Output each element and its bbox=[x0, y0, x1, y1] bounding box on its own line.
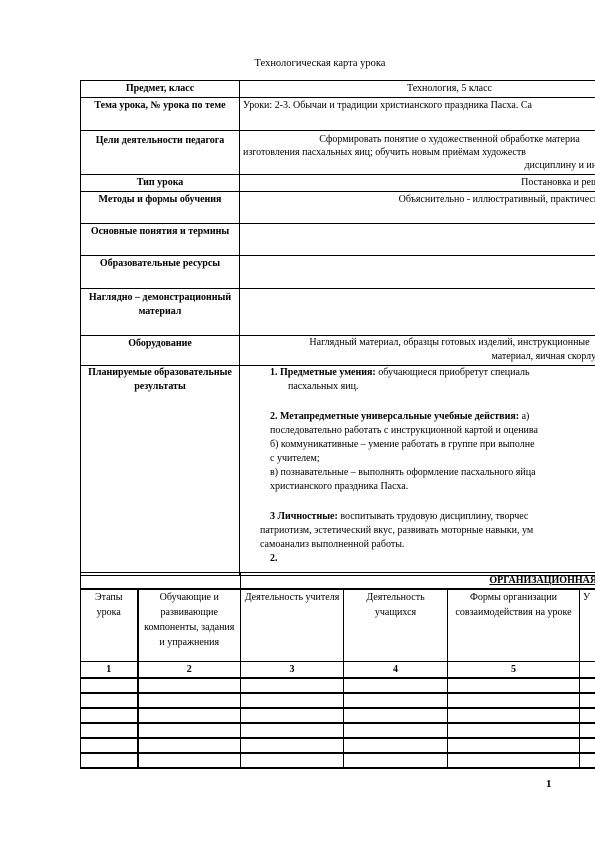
document-title: Технологическая карта урока bbox=[0, 58, 595, 69]
result-subject-text: обучающиеся приобретут специаль bbox=[376, 367, 530, 378]
label-terms: Основные понятия и термины bbox=[81, 224, 240, 256]
table-cell bbox=[138, 723, 241, 738]
table-cell bbox=[580, 708, 595, 723]
label-methods: Методы и формы обучения bbox=[81, 192, 240, 224]
lesson-info-table: Предмет, класс Технология, 5 класс Тема … bbox=[80, 80, 595, 576]
table-cell bbox=[580, 678, 595, 693]
value-resources bbox=[240, 256, 595, 289]
table-cell bbox=[81, 753, 138, 768]
table-cell bbox=[344, 723, 448, 738]
table-cell bbox=[81, 738, 138, 753]
col-header-stages: Этапы урока bbox=[81, 589, 138, 661]
label-lesson-type: Тип урока bbox=[81, 175, 240, 192]
goals-line-3: дисциплину и интерес к предм bbox=[243, 159, 595, 172]
structure-banner-row: ОРГАНИЗАЦИОННАЯ СТРУКТУРА bbox=[81, 573, 595, 590]
col-number-3: 3 bbox=[241, 661, 344, 678]
table-cell bbox=[580, 738, 595, 753]
col-number-5: 5 bbox=[448, 661, 580, 678]
table-cell bbox=[241, 753, 344, 768]
table-row bbox=[81, 678, 595, 693]
info-row-lesson-type: Тип урока Постановка и решение учебной bbox=[81, 175, 595, 192]
goals-line-1: Сформировать понятие о художественной об… bbox=[243, 133, 595, 146]
table-cell bbox=[241, 708, 344, 723]
result-subject-cont: пасхальных яиц. bbox=[270, 380, 595, 394]
table-cell bbox=[448, 693, 580, 708]
equipment-line-2: материал, яичная скорлупа, клей ПВА, bbox=[243, 350, 595, 364]
label-equipment: Оборудование bbox=[81, 336, 240, 366]
table-cell bbox=[344, 708, 448, 723]
value-topic: Уроки: 2-3. Обычаи и традиции христианск… bbox=[240, 98, 595, 131]
result-meta: 2. Метапредметные универсальные учебные … bbox=[270, 410, 595, 424]
col-number-2: 2 bbox=[138, 661, 241, 678]
value-methods: Объяснительно - иллюстративный, практиче… bbox=[240, 192, 595, 224]
structure-empty-rows bbox=[81, 678, 595, 768]
table-cell bbox=[81, 678, 138, 693]
col-number-6 bbox=[580, 661, 595, 678]
table-row bbox=[81, 708, 595, 723]
result-subject: 1. Предметные умения: обучающиеся приобр… bbox=[270, 366, 595, 380]
table-cell bbox=[580, 693, 595, 708]
equipment-line-1: Наглядный материал, образцы готовых изде… bbox=[243, 336, 595, 350]
value-results: 1. Предметные умения: обучающиеся приобр… bbox=[240, 366, 595, 576]
table-cell bbox=[241, 678, 344, 693]
col-header-components: Обучающие и развивающие компоненты, зада… bbox=[138, 589, 241, 661]
value-lesson-type: Постановка и решение учебной bbox=[240, 175, 595, 192]
info-row-topic: Тема урока, № урока по теме Уроки: 2-3. … bbox=[81, 98, 595, 131]
col-header-students: Деятельность учащихся bbox=[344, 589, 448, 661]
result-personal: 3 Личностные: воспитывать трудовую дисци… bbox=[260, 510, 595, 524]
table-cell bbox=[138, 738, 241, 753]
result-personal-line-3: самоанализ выполненной работы. bbox=[260, 538, 595, 552]
value-goals: Сформировать понятие о художественной об… bbox=[240, 131, 595, 175]
table-cell bbox=[138, 708, 241, 723]
label-goals: Цели деятельности педагога bbox=[81, 131, 240, 175]
table-cell bbox=[448, 723, 580, 738]
table-cell bbox=[448, 708, 580, 723]
result-personal-head: 3 Личностные: bbox=[270, 511, 338, 522]
table-cell bbox=[241, 723, 344, 738]
result-meta-line-5: в) познавательные – выполнять оформление… bbox=[270, 466, 595, 480]
label-results: Планируемые образовательные результаты bbox=[81, 366, 240, 576]
result-meta-head: 2. Метапредметные универсальные учебные … bbox=[270, 411, 519, 422]
organizational-structure-table: ОРГАНИЗАЦИОННАЯ СТРУКТУРА Этапы урока Об… bbox=[80, 572, 595, 769]
table-cell bbox=[344, 738, 448, 753]
col-header-teacher: Деятельность учителя bbox=[241, 589, 344, 661]
label-demo-material: Наглядно – демонстрационный материал bbox=[81, 289, 240, 336]
label-topic: Тема урока, № урока по теме bbox=[81, 98, 240, 131]
col-header-6: У bbox=[580, 589, 595, 661]
info-row-equipment: Оборудование Наглядный материал, образцы… bbox=[81, 336, 595, 366]
structure-number-row: 1 2 3 4 5 bbox=[81, 661, 595, 678]
structure-header-row: Этапы урока Обучающие и развивающие комп… bbox=[81, 589, 595, 661]
label-resources: Образовательные ресурсы bbox=[81, 256, 240, 289]
info-row-subject: Предмет, класс Технология, 5 класс bbox=[81, 81, 595, 98]
result-personal-line-2: патриотизм, эстетический вкус, развивать… bbox=[260, 524, 595, 538]
result-subject-head: 1. Предметные умения: bbox=[270, 367, 376, 378]
table-cell bbox=[138, 678, 241, 693]
table-row bbox=[81, 753, 595, 768]
table-cell bbox=[344, 753, 448, 768]
table-cell bbox=[448, 678, 580, 693]
table-row bbox=[81, 738, 595, 753]
col-number-1: 1 bbox=[81, 661, 138, 678]
structure-banner: ОРГАНИЗАЦИОННАЯ СТРУКТУРА bbox=[241, 573, 595, 590]
value-equipment: Наглядный материал, образцы готовых изде… bbox=[240, 336, 595, 366]
info-row-results: Планируемые образовательные результаты 1… bbox=[81, 366, 595, 576]
table-cell bbox=[138, 693, 241, 708]
result-item-4: 2. bbox=[270, 552, 595, 566]
result-personal-text: воспитывать трудовую дисциплину, творчес bbox=[338, 511, 529, 522]
info-row-demo-material: Наглядно – демонстрационный материал bbox=[81, 289, 595, 336]
table-row bbox=[81, 723, 595, 738]
table-cell bbox=[241, 738, 344, 753]
table-cell bbox=[448, 753, 580, 768]
table-cell bbox=[81, 693, 138, 708]
label-subject: Предмет, класс bbox=[81, 81, 240, 98]
info-row-resources: Образовательные ресурсы bbox=[81, 256, 595, 289]
table-cell bbox=[580, 723, 595, 738]
goals-line-2: изготовления пасхальных яиц; обучить нов… bbox=[243, 146, 595, 159]
info-row-methods: Методы и формы обучения Объяснительно - … bbox=[81, 192, 595, 224]
info-row-terms: Основные понятия и термины bbox=[81, 224, 595, 256]
table-cell bbox=[241, 693, 344, 708]
result-meta-line-4: с учителем; bbox=[270, 452, 595, 466]
value-subject: Технология, 5 класс bbox=[240, 81, 595, 98]
table-cell bbox=[81, 708, 138, 723]
result-meta-line-6: христианского праздника Пасха. bbox=[270, 480, 595, 494]
table-cell bbox=[580, 753, 595, 768]
table-cell bbox=[344, 678, 448, 693]
table-cell bbox=[344, 693, 448, 708]
result-meta-line-2: последовательно работать с инструкционно… bbox=[270, 424, 595, 438]
result-meta-text: а) bbox=[519, 411, 529, 422]
col-header-forms: Формы организации совзаимодействия на ур… bbox=[448, 589, 580, 661]
value-terms bbox=[240, 224, 595, 256]
result-meta-line-3: б) коммуникативные – умение работать в г… bbox=[270, 438, 595, 452]
value-demo-material bbox=[240, 289, 595, 336]
table-cell bbox=[138, 753, 241, 768]
table-cell bbox=[81, 723, 138, 738]
info-row-goals: Цели деятельности педагога Сформировать … bbox=[81, 131, 595, 175]
table-row bbox=[81, 693, 595, 708]
table-cell bbox=[448, 738, 580, 753]
page-number: 1 bbox=[546, 778, 552, 790]
col-number-4: 4 bbox=[344, 661, 448, 678]
